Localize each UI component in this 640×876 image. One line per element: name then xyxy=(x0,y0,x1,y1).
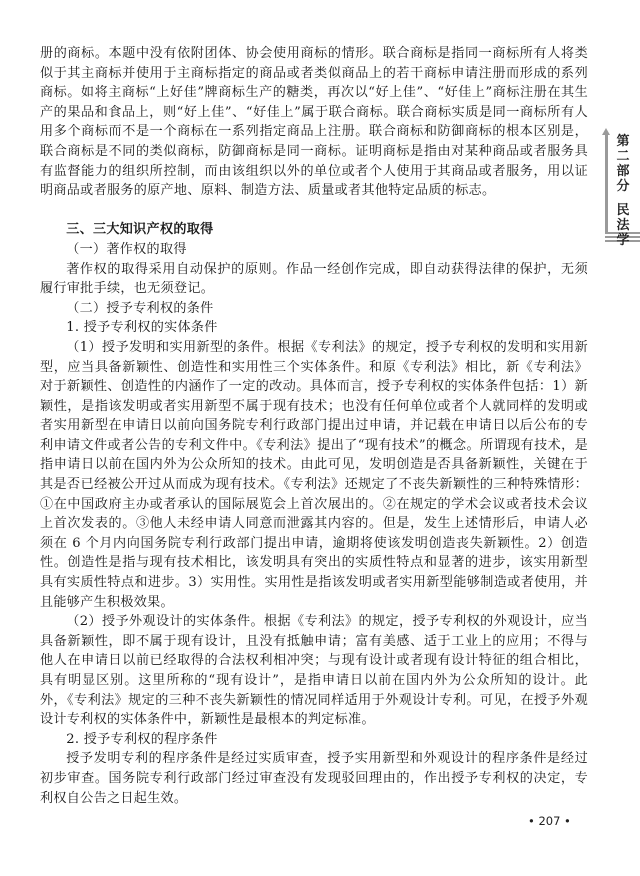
label-gap xyxy=(614,194,632,203)
side-tab-rule xyxy=(605,132,608,234)
page-number: • 207 • xyxy=(528,814,571,828)
paragraph-design: （2）授予外观设计的实体条件。根据《专利法》的规定，授予专利权的外观设计，应当具… xyxy=(40,612,588,730)
subheading-copyright: （一）著作权的取得 xyxy=(40,240,588,260)
part-char: 分 xyxy=(614,179,632,194)
paragraph-procedural: 授予发明专利的程序条件是经过实质审查，授予实用新型和外观设计的程序条件是经过初步… xyxy=(40,749,588,808)
part-char: 二 xyxy=(614,149,632,164)
subject-char: 民 xyxy=(614,203,632,218)
subheading-patent-conditions: （二）授予专利权的条件 xyxy=(40,299,588,319)
subheading-substantive-conditions: 1. 授予专利权的实体条件 xyxy=(40,318,588,338)
section-spacer xyxy=(40,201,588,221)
paragraph-invention-utility: （1）授予发明和实用新型的条件。根据《专利法》的规定，授予专利权的发明和实用新型… xyxy=(40,338,588,612)
paragraph-copyright: 著作权的取得采用自动保护的原则。作品一经创作完成，即自动获得法律的保护，无须履行… xyxy=(40,260,588,299)
part-char: 第 xyxy=(614,134,632,149)
subject-char: 学 xyxy=(614,233,632,248)
document-page: 册的商标。本题中没有依附团体、协会使用商标的情形。联合商标是指同一商标所有人将类… xyxy=(0,0,640,876)
subject-char: 法 xyxy=(614,218,632,233)
side-tab-label: 第 二 部 分 民 法 学 xyxy=(614,134,632,248)
paragraph-trademark-continuation: 册的商标。本题中没有依附团体、协会使用商标的情形。联合商标是指同一商标所有人将类… xyxy=(40,44,588,201)
subheading-procedural-conditions: 2. 授予专利权的程序条件 xyxy=(40,730,588,750)
body-text: 册的商标。本题中没有依附团体、协会使用商标的情形。联合商标是指同一商标所有人将类… xyxy=(40,44,588,808)
chapter-side-tab: 第 二 部 分 民 法 学 xyxy=(597,128,640,241)
section-heading: 三、三大知识产权的取得 xyxy=(40,220,588,240)
part-char: 部 xyxy=(614,164,632,179)
